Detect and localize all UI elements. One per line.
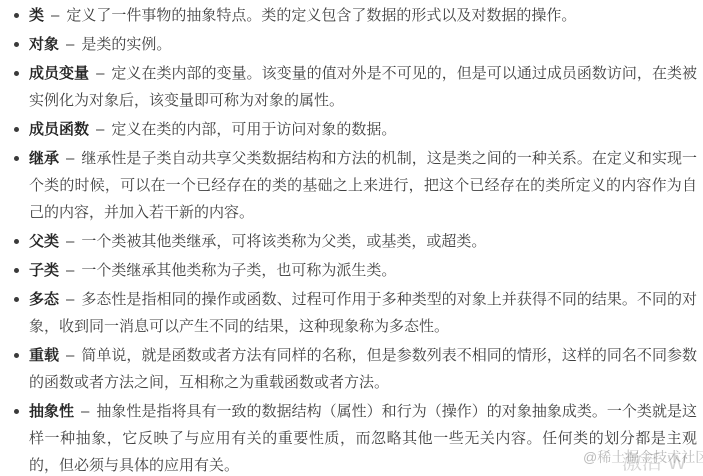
term-item-parent-class: 父类–一个类被其他类继承，可将该类称为父类，或基类，或超类。 xyxy=(29,228,697,255)
term-definition: 继承性是子类自动共享父类数据结构和方法的机制，这是类之间的一种关系。在定义和实现… xyxy=(29,150,697,221)
oop-terms-list: 类–定义了一件事物的抽象特点。类的定义包含了数据的形式以及对数据的操作。 对象–… xyxy=(0,0,703,476)
term-name: 成员变量 xyxy=(29,65,89,82)
term-name: 抽象性 xyxy=(29,403,74,420)
term-separator: – xyxy=(66,150,74,167)
term-definition: 定义在类内部的变量。该变量的值对外是不可见的，但是可以通过成员函数访问，在类被实… xyxy=(29,65,697,109)
term-separator: – xyxy=(96,65,104,82)
term-name: 重载 xyxy=(29,347,59,364)
term-separator: – xyxy=(66,291,74,308)
term-name: 父类 xyxy=(29,233,59,250)
term-item-member-variable: 成员变量–定义在类内部的变量。该变量的值对外是不可见的，但是可以通过成员函数访问… xyxy=(29,60,697,114)
oop-terms-page: { "page": { "background": "#ffffff", "bo… xyxy=(0,0,703,476)
term-name: 多态 xyxy=(29,291,59,308)
term-item-object: 对象–是类的实例。 xyxy=(29,31,697,58)
term-definition: 定义了一件事物的抽象特点。类的定义包含了数据的形式以及对数据的操作。 xyxy=(66,7,576,24)
bullet-icon xyxy=(14,127,19,132)
term-separator: – xyxy=(66,233,74,250)
term-separator: – xyxy=(96,121,104,138)
term-definition: 是类的实例。 xyxy=(81,36,171,53)
term-item-inheritance: 继承–继承性是子类自动共享父类数据结构和方法的机制，这是类之间的一种关系。在定义… xyxy=(29,145,697,226)
bullet-icon xyxy=(14,268,19,273)
term-definition: 简单说，就是函数或者方法有同样的名称，但是参数列表不相同的情形，这样的同名不同参… xyxy=(29,347,697,391)
term-definition: 一个类继承其他类称为子类，也可称为派生类。 xyxy=(81,262,396,279)
term-separator: – xyxy=(66,347,74,364)
term-definition: 定义在类的内部，可用于访问对象的数据。 xyxy=(111,121,396,138)
term-name: 子类 xyxy=(29,262,59,279)
term-name: 对象 xyxy=(29,36,59,53)
term-separator: – xyxy=(51,7,59,24)
term-item-polymorphism: 多态–多态性是指相同的操作或函数、过程可作用于多种类型的对象上并获得不同的结果。… xyxy=(29,286,697,340)
bullet-icon xyxy=(14,71,19,76)
juejin-watermark: @稀土掘金技术社区 xyxy=(583,449,703,466)
term-name: 继承 xyxy=(29,150,59,167)
bullet-icon xyxy=(14,13,19,18)
bullet-icon xyxy=(14,409,19,414)
bullet-icon xyxy=(14,156,19,161)
term-item-overload: 重载–简单说，就是函数或者方法有同样的名称，但是参数列表不相同的情形，这样的同名… xyxy=(29,342,697,396)
term-item-child-class: 子类–一个类继承其他类称为子类，也可称为派生类。 xyxy=(29,257,697,284)
term-definition: 多态性是指相同的操作或函数、过程可作用于多种类型的对象上并获得不同的结果。不同的… xyxy=(29,291,697,335)
bullet-icon xyxy=(14,353,19,358)
term-separator: – xyxy=(66,36,74,53)
term-name: 成员函数 xyxy=(29,121,89,138)
term-item-class: 类–定义了一件事物的抽象特点。类的定义包含了数据的形式以及对数据的操作。 xyxy=(29,2,697,29)
bullet-icon xyxy=(14,239,19,244)
bullet-icon xyxy=(14,42,19,47)
term-separator: – xyxy=(81,403,89,420)
term-definition: 一个类被其他类继承，可将该类称为父类，或基类，或超类。 xyxy=(81,233,486,250)
term-name: 类 xyxy=(29,7,44,24)
term-separator: – xyxy=(66,262,74,279)
bullet-icon xyxy=(14,297,19,302)
term-item-member-function: 成员函数–定义在类的内部，可用于访问对象的数据。 xyxy=(29,116,697,143)
